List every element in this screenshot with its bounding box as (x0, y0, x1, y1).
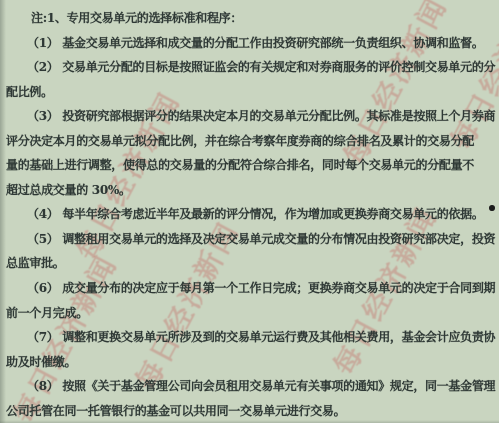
document-text: 注:1、专用交易单元的选择标准和程序： （1） 基金交易单元选择和成交量的分配工… (0, 0, 499, 423)
text-line-item-3-cont: 评分决定本月的交易单元拟分配比例，并在综合考察年度券商的综合排名及累计的交易分配 (0, 129, 499, 154)
text-line-item-7-cont: 助及时催缴。 (0, 350, 499, 375)
text-line-item-2-cont: 配比例。 (0, 80, 499, 105)
ink-dot-artifact (489, 205, 495, 211)
text-line-item-6-cont: 前一个月完成。 (0, 301, 499, 326)
note-heading-line: 注:1、专用交易单元的选择标准和程序： (0, 6, 499, 31)
text-line-item-5-cont: 总监审批。 (0, 251, 499, 276)
text-line-item-3: （3） 投资研究部根据评分的结果决定本月的交易单元分配比例。其标准是按照上个月券… (0, 104, 499, 129)
text-line-item-3-cont: 量的基础上进行调整，使得总的交易量的分配符合综合排名，同时每个交易单元的分配量不 (0, 153, 499, 178)
text-line-item-3-cont: 超过总成交量的 30%。 (0, 178, 499, 203)
text-line-item-8: （8） 按照《关于基金管理公司向会员租用交易单元有关事项的通知》规定，同一基金管… (0, 374, 499, 399)
text-line-item-7: （7） 调整和更换交易单元所涉及到的交易单元运行费及其他相关费用，基金会计应负责… (0, 325, 499, 350)
text-line-item-2: （2） 交易单元分配的目标是按照证监会的有关规定和对券商服务的评价控制交易单元的… (0, 55, 499, 80)
text-line-item-4: （4） 每半年综合考虑近半年及最新的评分情况，作为增加或更换券商交易单元的依据。 (0, 202, 499, 227)
text-line-item-8-cont: 公司托管在同一托管银行的基金可以共用同一交易单元进行交易。 (0, 399, 499, 423)
text-line-item-1: （1） 基金交易单元选择和成交量的分配工作由投资研究部统一负责组织、协调和监督。 (0, 31, 499, 56)
scanned-document-page: 每日经济新闻 每日经济新闻 每日经济新闻 每日经济新闻 每日经济新闻 每日经济新… (0, 0, 499, 423)
text-line-item-5: （5） 调整租用交易单元的选择及决定交易单元成交量的分布情况由投资研究部决定，投… (0, 227, 499, 252)
text-line-item-6: （6） 成交量分布的决定应于每月第一个工作日完成；更换券商交易单元的决定于合同到… (0, 276, 499, 301)
